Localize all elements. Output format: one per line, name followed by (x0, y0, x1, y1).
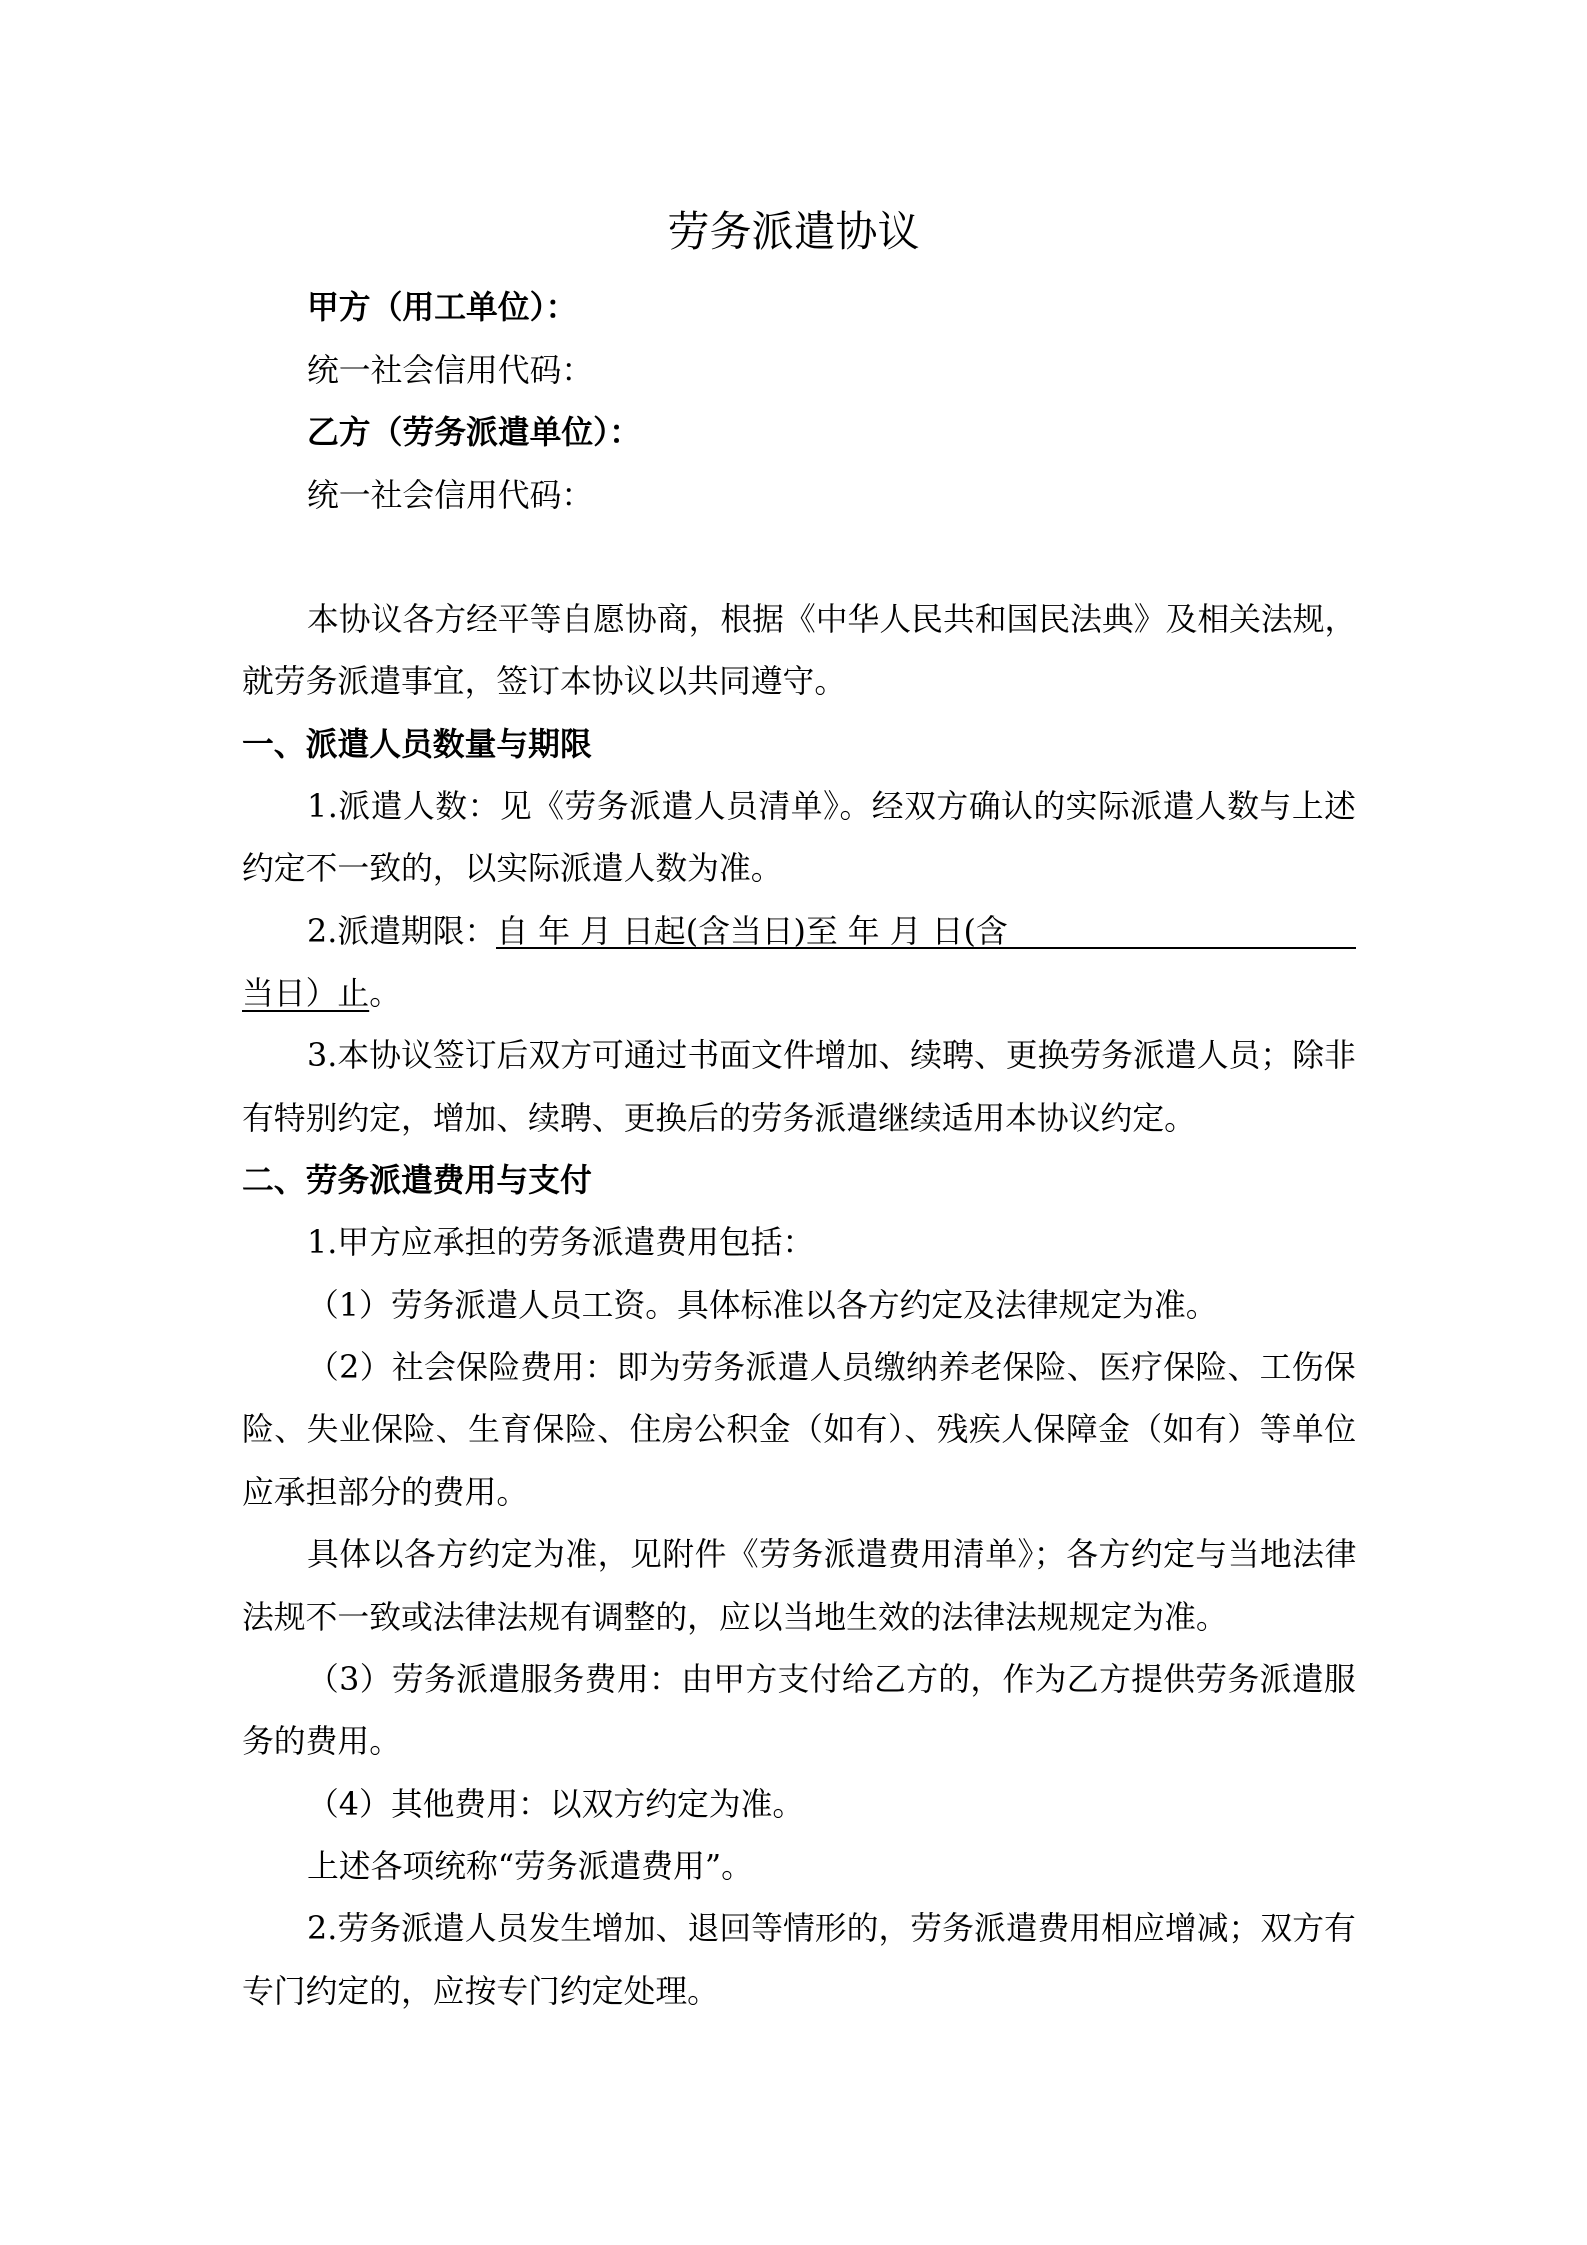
preamble-line-2: 就劳务派遣事宜，签订本协议以共同遵守。 (242, 651, 1356, 713)
date-from-year-label: 年 (538, 901, 570, 963)
section-1-item-1: 1.派遣人数：见《劳务派遣人员清单》。经双方确认的实际派遣人数与上述 约定不一致… (242, 776, 1356, 901)
document-page: 劳务派遣协议 甲方（用工单位）： 统一社会信用代码： 乙方（劳务派遣单位）： 统… (0, 0, 1587, 2245)
s2-sub3-line-2: 务的费用。 (242, 1711, 1356, 1773)
s2-item1-intro: 1.甲方应承担的劳务派遣费用包括： (242, 1212, 1356, 1274)
preamble-line-1: 本协议各方经平等自愿协商，根据《中华人民共和国民法典》及相关法规， (242, 589, 1356, 651)
s2-sub3-line-1-text: （3）劳务派遣服务费用：由甲方支付给乙方的，作为乙方提供劳务派遣服 (307, 1649, 1356, 1711)
document-title: 劳务派遣协议 (0, 206, 1587, 258)
dispatch-period-end-punct: 。 (369, 975, 401, 1012)
parties-block: 甲方（用工单位）： 统一社会信用代码： 乙方（劳务派遣单位）： 统一社会信用代码… (307, 277, 1357, 527)
s2-sub2-note-line-1-text: 具体以各方约定为准，见附件《劳务派遣费用清单》；各方约定与当地法律 (307, 1524, 1357, 1586)
party-a-label: 甲方（用工单位）： (307, 277, 1357, 340)
party-a-credit-code-label: 统一社会信用代码： (307, 340, 1357, 403)
document-title-text: 劳务派遣协议 (667, 206, 919, 258)
s2-sub2-line-3: 应承担部分的费用。 (242, 1462, 1356, 1524)
s1-item1-line-2: 约定不一致的，以实际派遣人数为准。 (242, 838, 1356, 900)
party-b-credit-code-label: 统一社会信用代码： (307, 465, 1357, 528)
s2-sub3-line-1: （3）劳务派遣服务费用：由甲方支付给乙方的，作为乙方提供劳务派遣服 (242, 1649, 1356, 1711)
s2-sub2-note-line-2: 法规不一致或法律法规有调整的，应以当地生效的法律法规规定为准。 (242, 1587, 1356, 1649)
s2-sub4: （4）其他费用：以双方约定为准。 (242, 1774, 1356, 1836)
section-1-item-2: 2.派遣期限： 自 年 月 日起(含当日)至 年 月 日(含 当日）止。 (242, 901, 1356, 1026)
dispatch-period-label: 2.派遣期限： (307, 901, 496, 963)
party-b-label: 乙方（劳务派遣单位）： (307, 402, 1357, 465)
s2-sub2-line-1-text: （2）社会保险费用：即为劳务派遣人员缴纳养老保险、医疗保险、工伤保 (307, 1337, 1356, 1399)
date-to-month-label: 月 (890, 901, 922, 963)
s1-item1-line-1: 1.派遣人数：见《劳务派遣人员清单》。经双方确认的实际派遣人数与上述 (242, 776, 1356, 838)
section-1-heading: 一、派遣人员数量与期限 (242, 714, 1356, 776)
s2-item2: 2.劳务派遣人员发生增加、退回等情形的，劳务派遣费用相应增减；双方有 专门约定的… (242, 1898, 1356, 2023)
s1-item3-line-2: 有特别约定，增加、续聘、更换后的劳务派遣继续适用本协议约定。 (242, 1088, 1356, 1150)
s2-sub1: （1）劳务派遣人员工资。具体标准以各方约定及法律规定为准。 (242, 1275, 1356, 1337)
date-from-day-label: 日起(含当日)至 (622, 901, 838, 963)
s2-sub2: （2）社会保险费用：即为劳务派遣人员缴纳养老保险、医疗保险、工伤保 险、失业保险… (242, 1337, 1356, 1524)
s2-item2-line-2: 专门约定的，应按专门约定处理。 (242, 1961, 1356, 2023)
s2-sub2-line-1: （2）社会保险费用：即为劳务派遣人员缴纳养老保险、医疗保险、工伤保 (242, 1337, 1356, 1399)
s2-item2-line-1: 2.劳务派遣人员发生增加、退回等情形的，劳务派遣费用相应增减；双方有 (242, 1898, 1356, 1960)
date-from-month-label: 月 (580, 901, 612, 963)
s2-sub3: （3）劳务派遣服务费用：由甲方支付给乙方的，作为乙方提供劳务派遣服 务的费用。 (242, 1649, 1356, 1774)
s2-sub2-note-line-1: 具体以各方约定为准，见附件《劳务派遣费用清单》；各方约定与当地法律 (242, 1524, 1356, 1586)
s2-sub2-note: 具体以各方约定为准，见附件《劳务派遣费用清单》；各方约定与当地法律 法规不一致或… (242, 1524, 1356, 1649)
s1-item1-line-1-text: 1.派遣人数：见《劳务派遣人员清单》。经双方确认的实际派遣人数与上述 (307, 776, 1356, 838)
preamble-line-1-text: 本协议各方经平等自愿协商，根据《中华人民共和国民法典》及相关法规， (307, 589, 1356, 651)
s1-item3-line-1: 3.本协议签订后双方可通过书面文件增加、续聘、更换劳务派遣人员；除非 (242, 1025, 1356, 1087)
s2-sub2-line-2-text: 险、失业保险、生育保险、住房公积金（如有）、残疾人保障金（如有）等单位 (242, 1399, 1357, 1461)
section-2-heading: 二、劳务派遣费用与支付 (242, 1150, 1356, 1212)
s1-item3-line-1-text: 3.本协议签订后双方可通过书面文件增加、续聘、更换劳务派遣人员；除非 (307, 1025, 1356, 1087)
dispatch-period-date-field: 自 年 月 日起(含当日)至 年 月 日(含 (496, 901, 1356, 949)
s1-item2-line-1: 2.派遣期限： 自 年 月 日起(含当日)至 年 月 日(含 (242, 901, 1356, 963)
s2-summary: 上述各项统称“劳务派遣费用”。 (242, 1836, 1356, 1898)
s2-item2-line-1-text: 2.劳务派遣人员发生增加、退回等情形的，劳务派遣费用相应增减；双方有 (307, 1898, 1356, 1960)
dispatch-period-end-underlined: 当日）止 (242, 975, 369, 1012)
date-to-day-label: 日(含 (932, 901, 1008, 963)
date-to-year-label: 年 (848, 901, 880, 963)
s1-item2-line-2: 当日）止。 (242, 963, 1356, 1025)
agreement-body: 本协议各方经平等自愿协商，根据《中华人民共和国民法典》及相关法规， 就劳务派遣事… (242, 589, 1356, 2023)
preamble-paragraph: 本协议各方经平等自愿协商，根据《中华人民共和国民法典》及相关法规， 就劳务派遣事… (242, 589, 1356, 714)
date-from-label: 自 (496, 901, 528, 963)
section-1-item-3: 3.本协议签订后双方可通过书面文件增加、续聘、更换劳务派遣人员；除非 有特别约定… (242, 1025, 1356, 1150)
s2-sub2-line-2: 险、失业保险、生育保险、住房公积金（如有）、残疾人保障金（如有）等单位 (242, 1399, 1356, 1461)
